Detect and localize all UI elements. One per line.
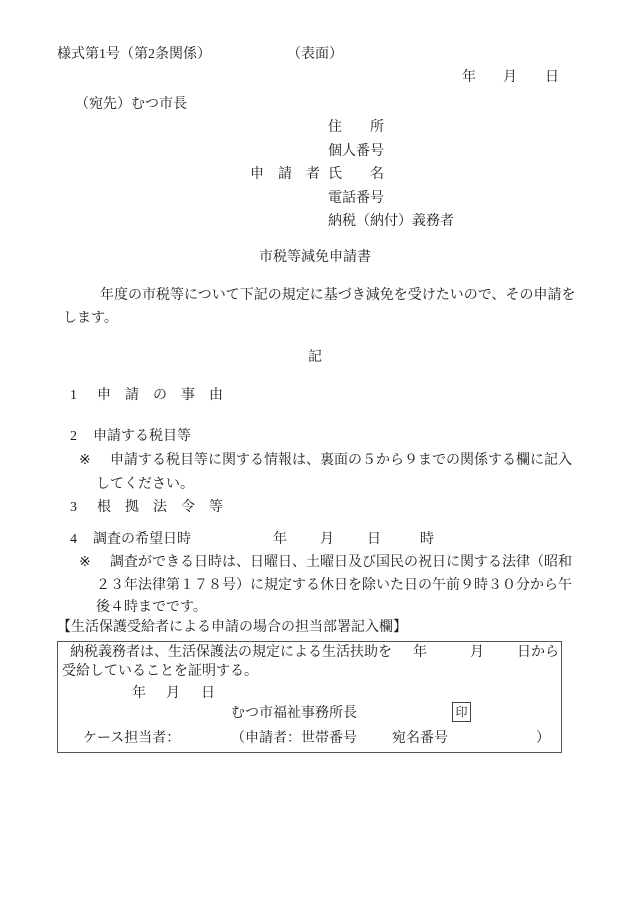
welfare-certify-year-label: 年 — [413, 643, 427, 663]
date-month-label: 月 — [503, 68, 517, 88]
addressee-label: （宛先）むつ市長 — [75, 95, 187, 115]
date-year-label: 年 — [462, 68, 476, 88]
item-2-number: 2 — [70, 427, 77, 447]
applicant-bracket-label: 申 請 者 — [250, 165, 320, 185]
intro-line-2-text: します。 — [63, 309, 118, 329]
item-4-note-mark: ※ — [79, 553, 91, 573]
close-paren-label: ） — [536, 729, 550, 749]
item-2-note-text-2: してください。 — [96, 475, 194, 495]
welfare-certify-month-label: 月 — [470, 643, 484, 663]
applicant-household-label: （申請者：世帯番号 — [231, 729, 357, 749]
application-date-row: 年 月 日 — [0, 68, 630, 88]
welfare-certify-line-2: 受給していることを証明する。 — [0, 662, 630, 682]
welfare-director-label: むつ市福祉事務所長 — [231, 704, 357, 724]
addressee-row: （宛先）むつ市長 — [0, 95, 630, 115]
seal-box: 印 — [452, 702, 471, 722]
welfare-date-day-label: 日 — [201, 684, 215, 704]
applicant-address-row: 住 所 — [0, 118, 630, 138]
applicant-name-row: 申 請 者 氏 名 — [0, 165, 630, 185]
item-4-note-line-3: 後４時までです。 — [0, 598, 630, 618]
addressee-number-label: 宛名番号 — [392, 729, 448, 749]
field-address-label: 住 所 — [328, 118, 384, 138]
item-4-hour-label: 時 — [420, 530, 434, 550]
field-phone-label: 電話番号 — [328, 189, 384, 209]
item-4-note-line-1: ※ 調査ができる日時は、日曜日、土曜日及び国民の祝日に関する法律（昭和 — [0, 553, 630, 573]
item-4-note-line-2: ２３年法律第１７８号）に規定する休日を除いた日の午前９時３０分から午 — [0, 576, 630, 596]
item-2-note-line-2: してください。 — [0, 475, 630, 495]
item-4-row: 4 調査の希望日時 年 月 日 時 — [0, 530, 630, 550]
item-4-number: 4 — [70, 530, 77, 550]
item-1-row: 1 申 請 の 事 由 — [0, 386, 630, 406]
document-title: 市税等減免申請書 — [0, 248, 630, 268]
item-2-note-line-1: ※ 申請する税目等に関する情報は、裏面の５から９までの関係する欄に記入 — [0, 451, 630, 471]
welfare-date-row: 年 月 日 — [0, 684, 630, 704]
welfare-director-row: むつ市福祉事務所長 — [0, 704, 630, 724]
item-3-row: 3 根 拠 法 令 等 — [0, 498, 630, 518]
field-personal-number-label: 個人番号 — [328, 142, 384, 162]
item-4-month-label: 月 — [320, 530, 334, 550]
item-4-day-label: 日 — [367, 530, 381, 550]
item-4-note-text-2: ２３年法律第１７８号）に規定する休日を除いた日の午前９時３０分から午 — [96, 576, 572, 596]
case-officer-label: ケース担当者： — [83, 729, 180, 749]
item-2-note-text-1: 申請する税目等に関する情報は、裏面の５から９までの関係する欄に記入 — [110, 451, 572, 471]
item-3-number: 3 — [70, 498, 77, 518]
welfare-certify-line-1: 納税義務者は、生活保護法の規定による生活扶助を 年 月 日から — [0, 643, 630, 663]
welfare-certify-day-label: 日から — [517, 643, 559, 663]
field-taxpayer-label: 納税（納付）義務者 — [328, 212, 454, 232]
welfare-certify-text-2: 受給していることを証明する。 — [62, 662, 258, 682]
intro-line-2: します。 — [0, 309, 630, 329]
item-4-label: 調査の希望日時 — [93, 530, 191, 550]
intro-line-1: 年度の市税等について下記の規定に基づき減免を受けたいので、その申請を — [0, 286, 630, 306]
welfare-box-heading-row: 【生活保護受給者による申請の場合の担当部署記入欄】 — [0, 618, 630, 638]
field-name-label: 氏 名 — [328, 165, 384, 185]
item-2-label: 申請する税目等 — [93, 427, 191, 447]
item-4-year-label: 年 — [273, 530, 287, 550]
welfare-certify-text-1: 納税義務者は、生活保護法の規定による生活扶助を — [70, 643, 392, 663]
applicant-personal-number-row: 個人番号 — [0, 142, 630, 162]
applicant-phone-row: 電話番号 — [0, 189, 630, 209]
ki-marker: 記 — [0, 348, 630, 368]
intro-line-1-text: 年度の市税等について下記の規定に基づき減免を受けたいので、その申請を — [100, 286, 575, 306]
item-2-note-mark: ※ — [79, 451, 91, 471]
welfare-date-month-label: 月 — [166, 684, 180, 704]
item-1-number: 1 — [70, 386, 77, 406]
item-4-note-text-1: 調査ができる日時は、日曜日、土曜日及び国民の祝日に関する法律（昭和 — [110, 553, 572, 573]
item-1-label: 申 請 の 事 由 — [97, 386, 223, 406]
welfare-box-heading: 【生活保護受給者による申請の場合の担当部署記入欄】 — [57, 618, 407, 638]
item-2-row: 2 申請する税目等 — [0, 427, 630, 447]
page-side-label: （表面） — [287, 45, 343, 65]
form-page: 様式第1号（第2条関係） （表面） 年 月 日 （宛先）むつ市長 住 所 個人番… — [0, 0, 630, 903]
welfare-case-row: ケース担当者： （申請者：世帯番号 宛名番号 ） — [0, 729, 630, 749]
form-number-label: 様式第1号（第2条関係） — [57, 45, 211, 65]
date-day-label: 日 — [545, 68, 559, 88]
welfare-date-year-label: 年 — [132, 684, 146, 704]
item-4-note-text-3: 後４時までです。 — [96, 598, 207, 618]
header-row: 様式第1号（第2条関係） （表面） — [0, 45, 630, 65]
item-3-label: 根 拠 法 令 等 — [97, 498, 223, 518]
applicant-taxpayer-row: 納税（納付）義務者 — [0, 212, 630, 232]
